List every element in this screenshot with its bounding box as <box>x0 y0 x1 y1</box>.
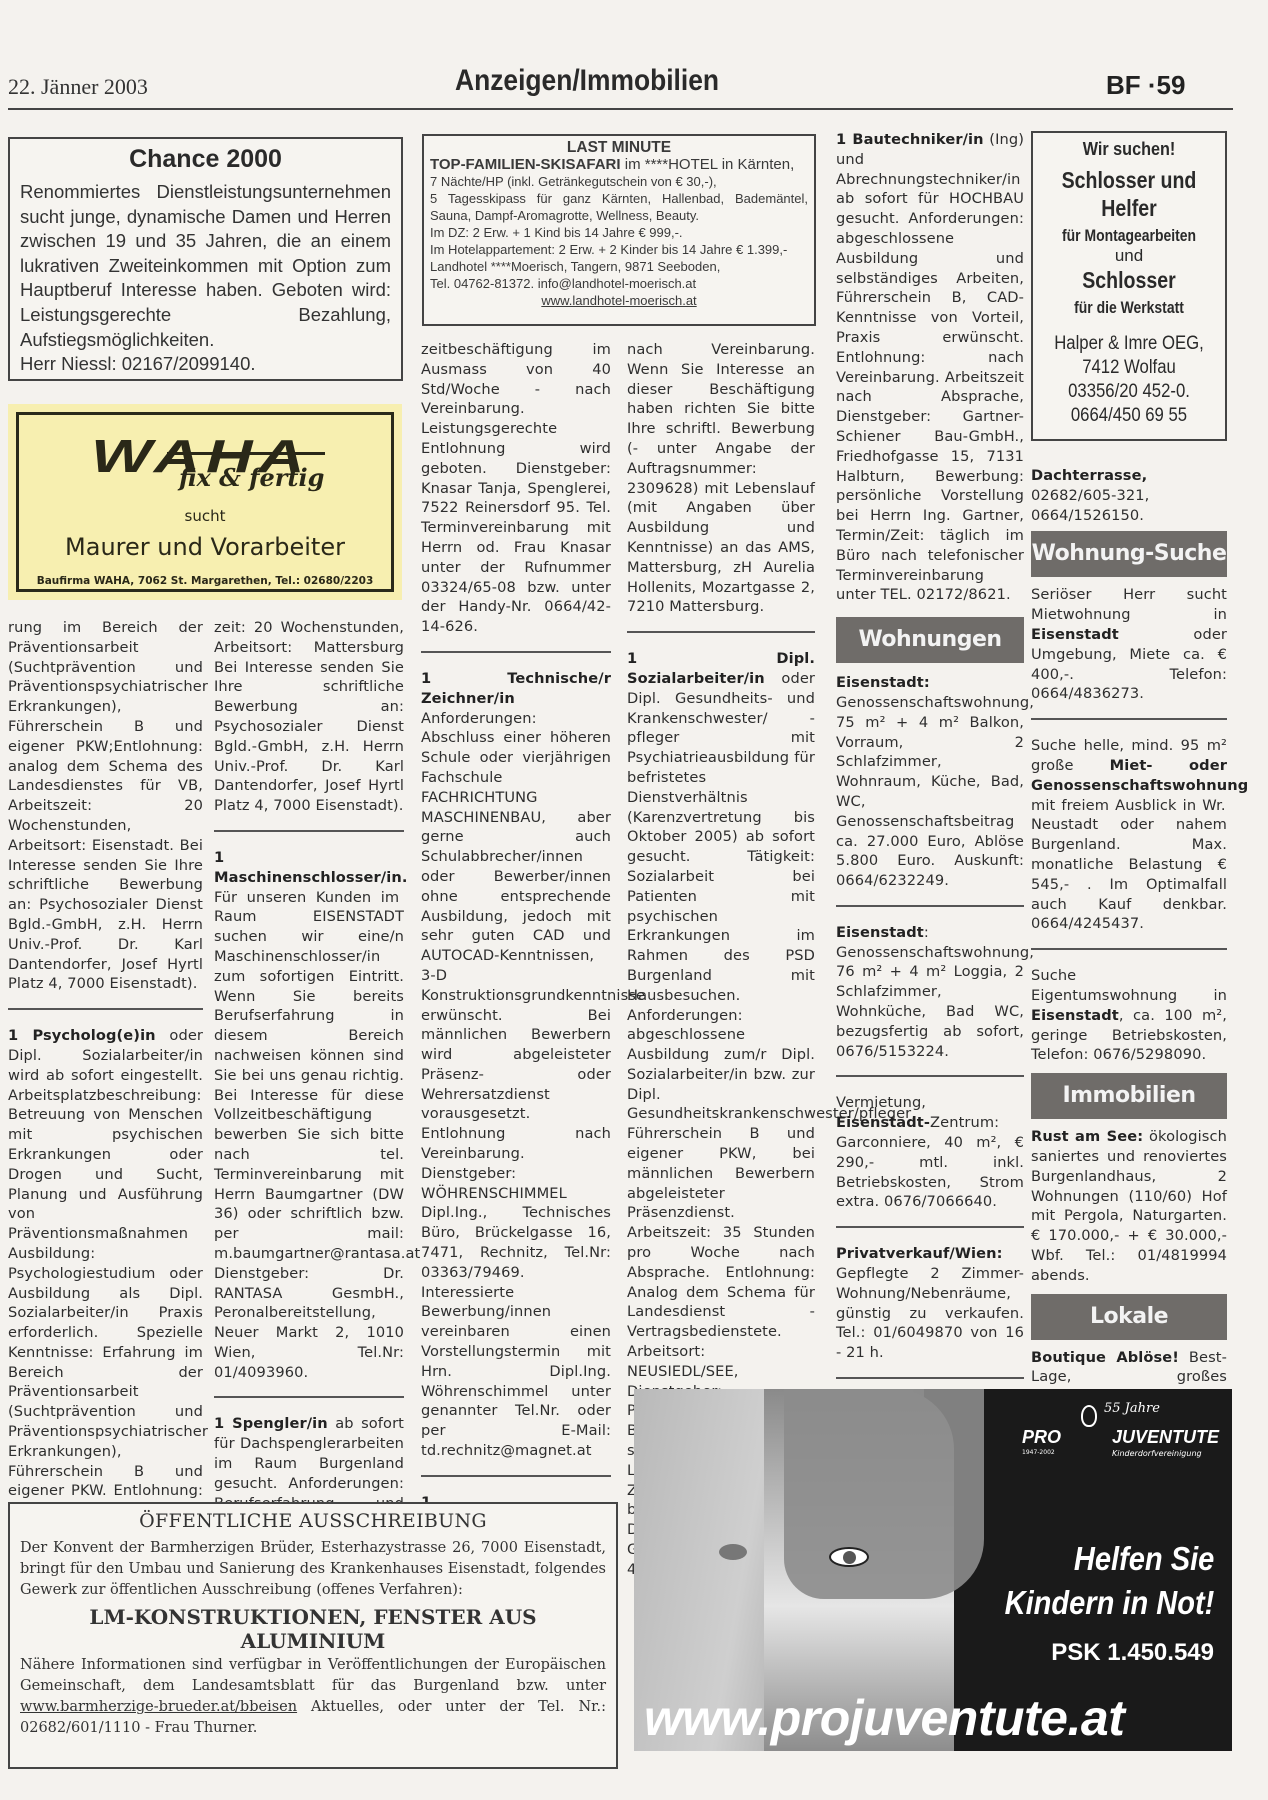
separator <box>1031 718 1227 720</box>
separator <box>836 1226 1024 1228</box>
ad-line: Im DZ: 2 Erw. + 1 Kind bis 14 Jahre € 99… <box>430 224 808 241</box>
ad-title: ÖFFENTLICHE AUSSCHREIBUNG <box>20 1510 606 1532</box>
headline-line-2: Kindern in Not! <box>1004 1581 1214 1625</box>
job-2: Schlosser <box>1047 266 1210 294</box>
immo-listing: Rust am See: ökologisch saniertes und re… <box>1031 1127 1227 1285</box>
ad-title: LAST MINUTE <box>430 139 808 156</box>
issue-date: 22. Jänner 2003 <box>8 74 148 100</box>
ad-text: Für unseren Kunden im Raum EISENSTADT su… <box>214 889 420 1381</box>
ad-headline: TOP-FAMILIEN-SKISAFARI im ****HOTEL in K… <box>430 156 808 173</box>
info-text: Nähere Informationen sind verfügbar in V… <box>20 1657 606 1694</box>
listing-bold: Dachterrasse, <box>1031 467 1147 484</box>
page-label: BF ·59 <box>1106 70 1185 101</box>
separator <box>421 651 611 653</box>
ad-line: Tel. 04762-81372. info@landhotel-moerisc… <box>430 275 808 292</box>
listing-text: mit freiem Ausblick in Wr. Neustadt oder… <box>1031 797 1227 933</box>
listing-pre: Vermietung, <box>836 1094 926 1111</box>
listing-text: Gepflegte 2 Zimmer-Wohnung/Nebenräume, g… <box>836 1265 1024 1361</box>
separator <box>421 1475 611 1477</box>
waha-tagline: fix & fertig <box>179 463 324 492</box>
phone-1: 03356/20 452-0. <box>1045 380 1214 404</box>
company-city: 7412 Wolfau <box>1045 356 1214 380</box>
ad-bautechniker: 1 Bautechniker/in (Ing) und Abrechnungst… <box>836 130 1024 605</box>
listing-text: Genossenschaftswohnung, 75 m² + 4 m² Bal… <box>836 694 1034 889</box>
ad-technischer-zeichner: 1 Technische/r Zeichner/in Anforderungen… <box>421 669 611 1461</box>
listing-location: Eisenstadt <box>836 924 924 941</box>
logo-subtitle: Kinderdorfvereinigung <box>1112 1449 1202 1458</box>
header-rule <box>8 108 1233 110</box>
ad-chance-2000: Chance 2000 Renommiertes Dienstleistungs… <box>8 137 403 381</box>
eye-photo <box>719 1544 747 1560</box>
column-2: zeit: 20 Wochenstunden, Arbeitsort: Matt… <box>214 618 404 1612</box>
ad-continued-text: zeit: 20 Wochenstunden, Arbeitsort: Matt… <box>214 618 404 816</box>
listing-location: Eisenstadt: <box>836 674 930 691</box>
and-text: und <box>1033 246 1225 266</box>
headline-line-1: Helfen Sie <box>1004 1537 1214 1581</box>
listing: Eisenstadt: Genossenschaftswohnung, 76 m… <box>836 923 1024 1062</box>
listing: Vermietung, Eisenstadt-Zentrum: Garconni… <box>836 1093 1024 1212</box>
headline-rest: im ****HOTEL in Kärnten, <box>621 156 795 173</box>
listing-bold: Eisenstadt <box>1031 1007 1119 1024</box>
ad-continued-text: zeitbeschäftigung im Ausmass von 40 Std/… <box>421 340 611 637</box>
listing-text: 02682/605-321, 0664/1526150. <box>1031 487 1149 524</box>
search-listing: Suche helle, mind. 95 m² große Miet- ode… <box>1031 736 1227 934</box>
ad-intro: Wir suchen! <box>1043 139 1216 160</box>
ad-text: oder Dipl. Sozialarbeiter/in wird ab sof… <box>8 1027 208 1559</box>
separator <box>214 1396 404 1398</box>
headline-bold: TOP-FAMILIEN-SKISAFARI <box>430 156 621 173</box>
listing-location: Privatverkauf/Wien: <box>836 1245 1003 1262</box>
banner-immobilien: Immobilien <box>1031 1073 1227 1119</box>
ad-line: 7 Nächte/HP (inkl. Getränkegutschein von… <box>430 173 808 190</box>
ad-ausschreibung: ÖFFENTLICHE AUSSCHREIBUNG Der Konvent de… <box>8 1502 618 1769</box>
separator <box>627 631 815 633</box>
ad-psychologe: 1 Psycholog(e)in oder Dipl. Sozialarbeit… <box>8 1026 203 1561</box>
ad-line: Landhotel ****Moerisch, Tangern, 9871 Se… <box>430 258 808 275</box>
separator <box>836 1075 1024 1077</box>
column-1: rung im Bereich der Präventionsarbeit (S… <box>8 618 203 1561</box>
logo-years: 1947-2002 <box>1022 1449 1055 1456</box>
child-hair <box>784 1389 984 1599</box>
logo-juventute: JUVENTUTE <box>1112 1427 1219 1448</box>
ad-maschinenschlosser: 1 Maschinenschlosser/in. Für unseren Kun… <box>214 848 404 1383</box>
separator <box>836 1377 1024 1379</box>
ad-continued-text: rung im Bereich der Präventionsarbeit (S… <box>8 618 203 994</box>
banner-wohnung-suche: Wohnung-Suche <box>1031 531 1227 577</box>
ad-contact: Herr Niessl: 02167/2099140. <box>20 352 391 377</box>
company-name: Halper & Imre OEG, <box>1045 332 1214 356</box>
logo-pro: PRO <box>1022 1427 1061 1448</box>
listing-bold: Boutique Ablöse! <box>1031 1349 1179 1366</box>
ad-info: Nähere Informationen sind verfügbar in V… <box>20 1655 606 1739</box>
ad-headline: LM-KONSTRUKTIONEN, FENSTER AUS ALUMINIUM <box>20 1605 606 1653</box>
ad-headline: Helfen Sie Kindern in Not! <box>1004 1537 1214 1625</box>
column-6: Dachterrasse,02682/605-321, 0664/1526150… <box>1031 466 1227 1459</box>
ad-text: (Ing) und Abrechnungstechniker/in ab sof… <box>836 131 1024 603</box>
ad-last-minute: LAST MINUTE TOP-FAMILIEN-SKISAFARI im **… <box>422 134 816 326</box>
phone-2: 0664/450 69 55 <box>1045 404 1214 428</box>
logo-strike-line <box>167 452 325 455</box>
donation-account: PSK 1.450.549 <box>1051 1639 1214 1667</box>
listing-text: ökologisch saniertes und renoviertes Bur… <box>1031 1128 1227 1284</box>
job-1-for: für Montagearbeiten <box>1050 226 1207 246</box>
search-listing: Seriöser Herr sucht Mietwohnung in Eisen… <box>1031 585 1227 704</box>
ad-pro-juventute: 55 Jahre PRO JUVENTUTE 1947-2002 Kinderd… <box>634 1389 1232 1751</box>
banner-lokale: Lokale <box>1031 1294 1227 1340</box>
listing-bold: Eisenstadt <box>1031 626 1119 643</box>
ad-title: 1 Psycholog(e)in <box>8 1027 156 1044</box>
ad-intro: Der Konvent der Barmherzigen Brüder, Est… <box>20 1538 606 1601</box>
waha-positions: Maurer und Vorarbeiter <box>19 533 391 561</box>
ad-title: 1 Bautechniker/in <box>836 131 984 148</box>
ad-wir-suchen: Wir suchen! Schlosser und Helfer für Mon… <box>1031 131 1227 441</box>
projuventute-url-link[interactable]: www.projuventute.at <box>644 1689 1124 1747</box>
waha-address: Baufirma WAHA, 7062 St. Margarethen, Tel… <box>19 575 391 587</box>
ad-body: Renommiertes Dienstleistungsunternehmen … <box>20 180 391 352</box>
job-2-for: für die Werkstatt <box>1050 298 1207 318</box>
balloon-icon <box>1081 1405 1097 1427</box>
section-title: Anzeigen/Immobilien <box>455 64 719 98</box>
ad-line: 5 Tagesskipass für ganz Kärnten, Hallenb… <box>430 190 808 224</box>
ad-title: 1 Maschinenschlosser/in. <box>214 849 407 886</box>
listing-continued: Dachterrasse,02682/605-321, 0664/1526150… <box>1031 466 1227 525</box>
search-listing: Suche Eigentumswohnung in Eisenstadt, ca… <box>1031 966 1227 1065</box>
waha-sucht: sucht <box>19 507 391 525</box>
ad-continued-text: nach Vereinbarung. Wenn Sie Interesse an… <box>627 340 815 617</box>
eye-drawn <box>829 1547 869 1567</box>
listing: Eisenstadt: Genossenschaftswohnung, 75 m… <box>836 673 1024 891</box>
anniversary: 55 Jahre <box>1104 1401 1160 1416</box>
separator <box>836 905 1024 907</box>
separator <box>8 1008 203 1010</box>
hotel-url-link[interactable]: www.landhotel-moerisch.at <box>430 292 808 309</box>
listing-text: : Genossenschaftswohnung, 76 m² + 4 m² L… <box>836 924 1034 1060</box>
ad-title: 1 Technische/r Zeichner/in <box>421 670 611 707</box>
separator <box>214 830 404 832</box>
ad-title: Chance 2000 <box>20 145 391 174</box>
ad-text: Anforderungen: Abschluss einer höheren S… <box>421 710 645 1459</box>
listing-location: Eisenstadt- <box>836 1114 930 1131</box>
ad-waha: WAHA fix & fertig sucht Maurer und Vorar… <box>8 404 402 600</box>
listing-pre: Suche Eigentumswohnung in <box>1031 967 1227 1004</box>
ad-title: 1 Spengler/in <box>214 1415 328 1432</box>
brueder-link[interactable]: www.barmherzige-brueder.at/bbeisen <box>20 1699 297 1715</box>
banner-wohnungen: Wohnungen <box>836 617 1024 663</box>
job-1: Schlosser und Helfer <box>1047 166 1210 222</box>
listing: Privatverkauf/Wien: Gepflegte 2 Zimmer-W… <box>836 1244 1024 1363</box>
listing-bold: Rust am See: <box>1031 1128 1143 1145</box>
listing-pre: Seriöser Herr sucht Mietwohnung in <box>1031 586 1227 623</box>
separator <box>1031 948 1227 950</box>
ad-line: Im Hotelappartement: 2 Erw. + 2 Kinder b… <box>430 241 808 258</box>
